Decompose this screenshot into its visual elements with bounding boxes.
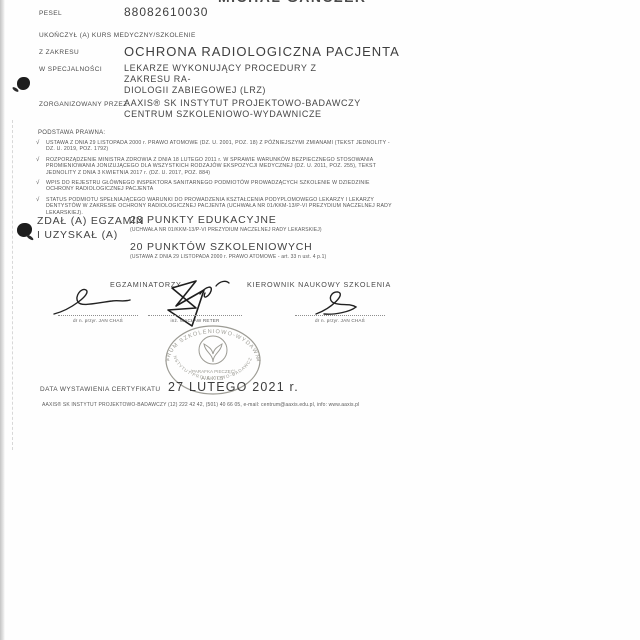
training-points-value: 20 PUNKTÓW SZKOLENIOWYCH	[130, 241, 313, 253]
check-icon: √	[36, 140, 46, 153]
course-completed-line: UKOŃCZYŁ (A) KURS MEDYCZNY/SZKOLENIE	[39, 32, 196, 39]
signature-name: dr n. przyr. JAN CHAŚ	[52, 318, 144, 323]
scope-value: OCHRONA RADIOLOGICZNA PACJENTA	[124, 44, 400, 59]
legal-item-text: USTAWA Z DNIA 29 LISTOPADA 2000 r. PRAWO…	[46, 140, 394, 153]
check-icon: √	[36, 180, 46, 193]
scope-label: Z ZAKRESU	[39, 49, 79, 56]
signature-scribble	[48, 286, 138, 318]
signature-scribble	[298, 288, 378, 318]
holder-name: MICHAŁ GANCZER	[218, 0, 367, 5]
stamp-inner-line-1: (PARAFKA PIECZĘĆ)	[190, 368, 236, 374]
stamp-leaf-logo	[204, 344, 222, 362]
specialty-value: LEKARZE WYKONUJĄCY PROCEDURY Z ZAKRESU R…	[124, 63, 354, 96]
organizer-value: AAXIS® SK INSTYTUT PROJEKTOWO-BADAWCZY C…	[124, 98, 364, 120]
legal-basis-list: √ USTAWA Z DNIA 29 LISTOPADA 2000 r. PRA…	[36, 140, 394, 220]
legal-item: √ ROZPORZĄDZENIE MINISTRA ZDROWIA Z DNIA…	[36, 157, 394, 176]
legal-basis-heading: PODSTAWA PRAWNA:	[38, 130, 105, 136]
legal-item-text: ROZPORZĄDZENIE MINISTRA ZDROWIA Z DNIA 1…	[46, 157, 394, 176]
pesel-value: 88082610030	[124, 5, 208, 19]
ink-blot	[17, 77, 30, 90]
exam-result-line-2: I UZYSKAŁ (A)	[37, 228, 144, 242]
legal-item: √ WPIS DO REJESTRU GŁÓWNEGO INSPEKTORA S…	[36, 180, 394, 193]
edu-points-value: 23 PUNKTY EDUKACYJNE	[130, 214, 277, 226]
footer-contact-line: AAXIS® SK INSTYTUT PROJEKTOWO-BADAWCZY (…	[42, 402, 359, 408]
check-icon: √	[36, 157, 46, 176]
legal-item: √ USTAWA Z DNIA 29 LISTOPADA 2000 r. PRA…	[36, 140, 394, 153]
signature-dotted-line	[58, 315, 138, 316]
specialty-line-2: DIOLOGII ZABIEGOWEJ (LRZ)	[124, 85, 354, 96]
fold-line-artifact	[12, 120, 13, 450]
legal-item-text: WPIS DO REJESTRU GŁÓWNEGO INSPEKTORA SAN…	[46, 180, 394, 193]
signature-dotted-line	[148, 315, 242, 316]
exam-result-label: ZDAŁ (A) EGZAMIN I UZYSKAŁ (A)	[37, 214, 144, 242]
organizer-line-2: CENTRUM SZKOLENIOWO-WYDAWNICZE	[124, 109, 364, 120]
issue-date-label: DATA WYSTAWIENIA CERTYFIKATU	[40, 386, 161, 393]
exam-result-line-1: ZDAŁ (A) EGZAMIN	[37, 214, 144, 228]
training-points-note: (USTAWA Z DNIA 29 LISTOPADA 2000 r. PRAW…	[130, 254, 326, 260]
certificate-scan: MICHAŁ GANCZER PESEL 88082610030 UKOŃCZY…	[0, 0, 640, 640]
edu-points-note: (UCHWAŁA NR 01/KKM-13/P-VI PREZYDIUM NAC…	[130, 227, 322, 233]
ink-blot-tail	[26, 234, 34, 241]
specialty-label: W SPECJALNOŚCI	[39, 66, 102, 73]
specialty-line-1: LEKARZE WYKONUJĄCY PROCEDURY Z ZAKRESU R…	[124, 63, 354, 85]
scan-edge-shadow	[0, 0, 5, 640]
issue-date-value: 27 LUTEGO 2021 r.	[168, 380, 299, 394]
organizer-label: ZORGANIZOWANY PRZEZ	[39, 101, 128, 108]
signature-dotted-line	[295, 315, 385, 316]
signature-name: dr n. przyr. JAN CHAŚ	[293, 318, 387, 323]
pesel-label: PESEL	[39, 10, 62, 17]
organizer-line-1: AAXIS® SK INSTYTUT PROJEKTOWO-BADAWCZY	[124, 98, 364, 109]
